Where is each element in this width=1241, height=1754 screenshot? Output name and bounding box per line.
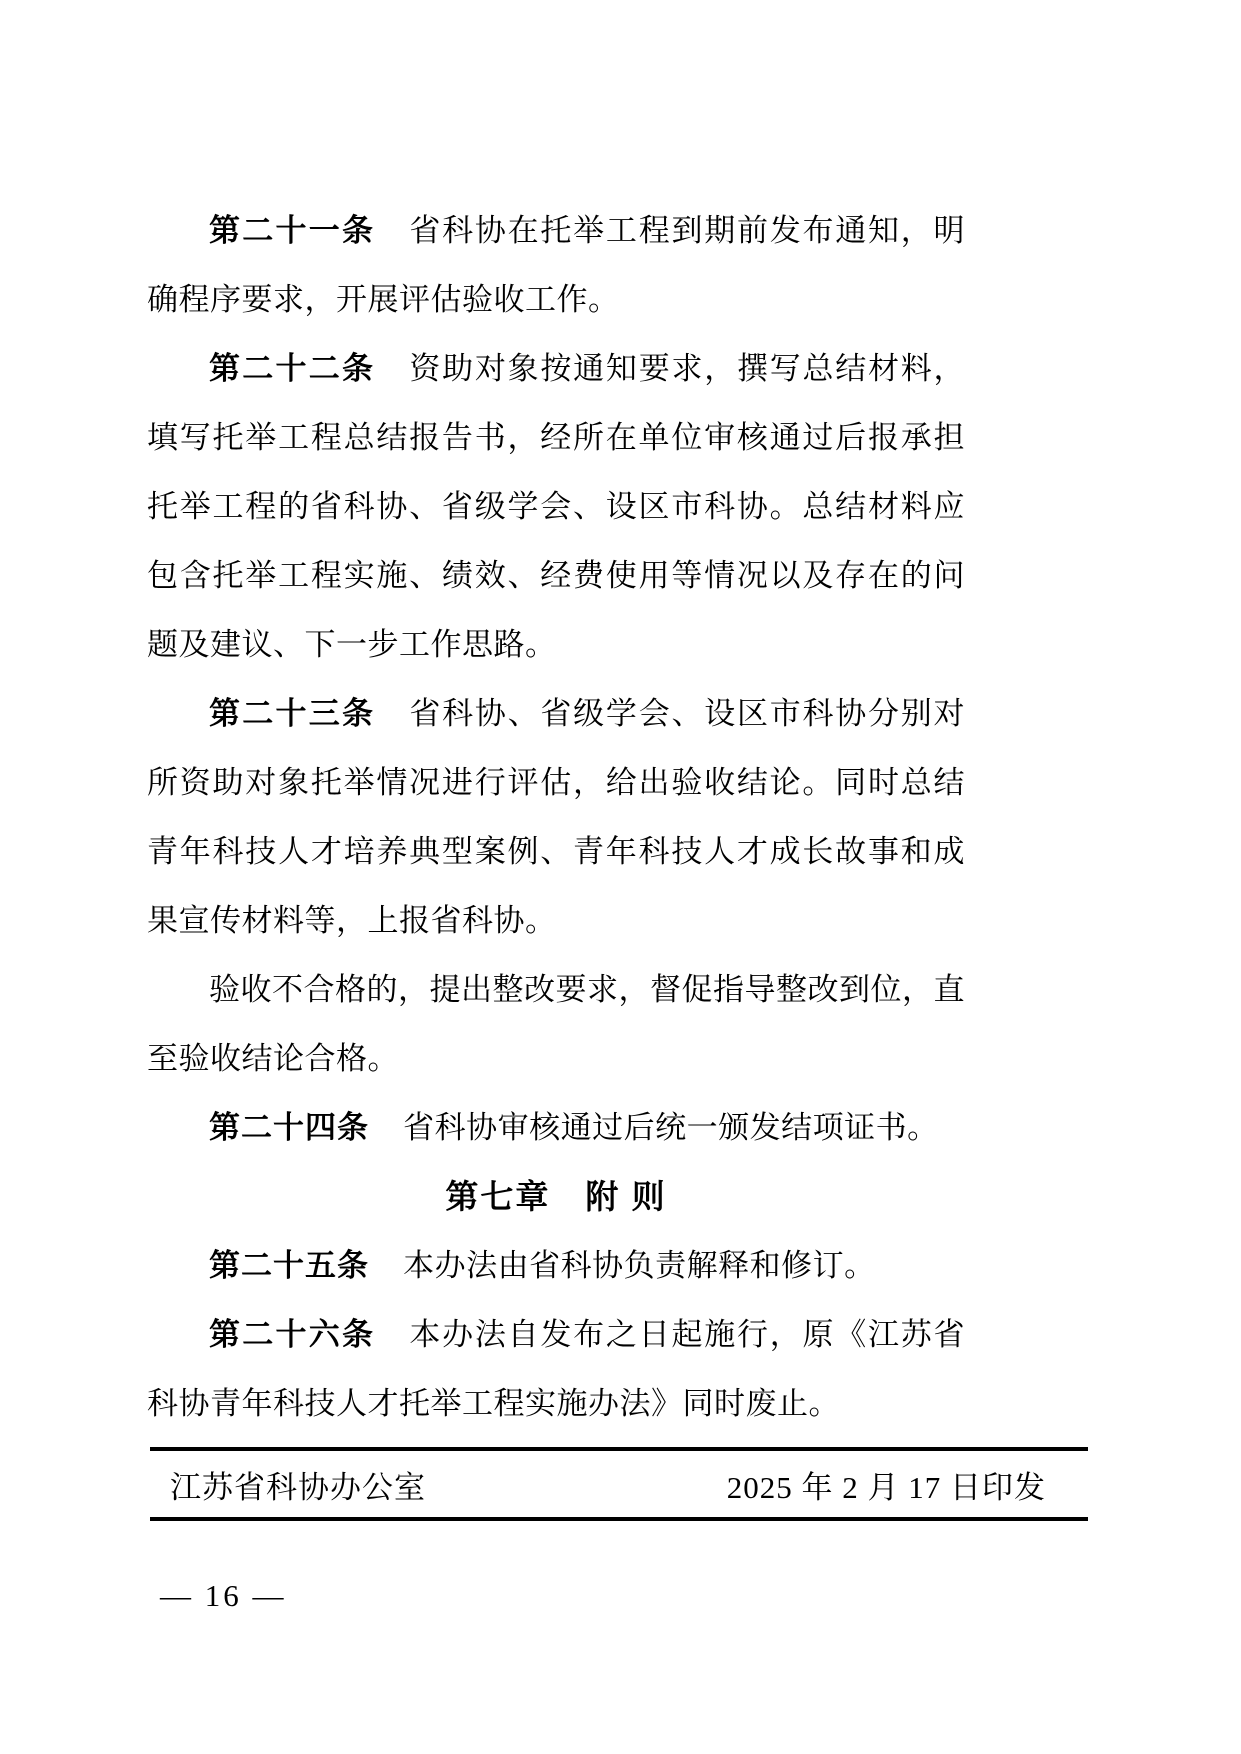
continuation-paragraph: 验收不合格的，提出整改要求，督促指导整改到位，直至验收结论合格。 [147,955,965,1093]
footer-bottom-rule [150,1517,1088,1521]
article-number-26: 第二十六条 [209,1317,375,1352]
print-date: 2025 年 2 月 17 日印发 [727,1462,1046,1507]
article-paragraph-21: 第二十一条省科协在托举工程到期前发布通知，明确程序要求，开展评估验收工作。 [147,196,965,334]
article-paragraph-25: 第二十五条本办法由省科协负责解释和修订。 [147,1231,965,1300]
document-page: 第二十一条省科协在托举工程到期前发布通知，明确程序要求，开展评估验收工作。 第二… [0,0,1241,1754]
footer-row: 江苏省科协办公室 2025 年 2 月 17 日印发 [150,1451,1088,1517]
article-text-23: 省科协、省级学会、设区市科协分别对所资助对象托举情况进行评估，给出验收结论。同时… [147,696,965,938]
article-number-25: 第二十五条 [209,1248,369,1283]
issuance-footer: 江苏省科协办公室 2025 年 2 月 17 日印发 [150,1447,1088,1521]
article-paragraph-24: 第二十四条省科协审核通过后统一颁发结项证书。 [147,1093,965,1162]
article-text-22: 资助对象按通知要求，撰写总结材料，填写托举工程总结报告书，经所在单位审核通过后报… [147,351,965,662]
article-number-23: 第二十三条 [209,696,375,731]
page-number: — 16 — [160,1578,287,1614]
article-text-24: 省科协审核通过后统一颁发结项证书。 [403,1110,939,1145]
article-paragraph-22: 第二十二条资助对象按通知要求，撰写总结材料，填写托举工程总结报告书，经所在单位审… [147,334,965,679]
chapter-heading: 第七章 附 则 [147,1162,965,1231]
issuing-office: 江苏省科协办公室 [170,1462,426,1507]
article-text-25: 本办法由省科协负责解释和修订。 [403,1248,876,1283]
document-body: 第二十一条省科协在托举工程到期前发布通知，明确程序要求，开展评估验收工作。 第二… [147,196,965,1438]
continuation-text: 验收不合格的，提出整改要求，督促指导整改到位，直至验收结论合格。 [147,972,965,1076]
article-paragraph-23: 第二十三条省科协、省级学会、设区市科协分别对所资助对象托举情况进行评估，给出验收… [147,679,965,955]
article-number-22: 第二十二条 [209,351,375,386]
article-number-21: 第二十一条 [209,213,375,248]
article-number-24: 第二十四条 [209,1110,369,1145]
article-paragraph-26: 第二十六条本办法自发布之日起施行，原《江苏省科协青年科技人才托举工程实施办法》同… [147,1300,965,1438]
